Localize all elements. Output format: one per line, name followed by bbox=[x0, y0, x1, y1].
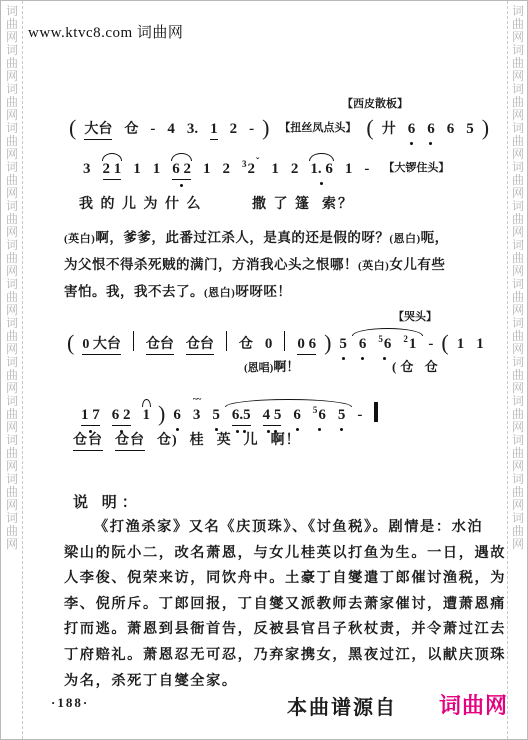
note-text: ) bbox=[482, 115, 489, 141]
note-token: 仓) bbox=[157, 429, 178, 449]
note-text: 仓 bbox=[239, 333, 253, 353]
note-token: 2 1 bbox=[103, 161, 122, 180]
watermark-group: 词曲网 bbox=[4, 473, 20, 512]
banshi-label-kutou: 【哭头】 bbox=[393, 308, 437, 324]
paragraph-line: 《打渔杀家》又名《庆顶珠》、《讨鱼税》。剧情是：水泊 bbox=[64, 515, 506, 541]
octave-dots bbox=[359, 357, 367, 360]
watermark-group: 词曲网 bbox=[4, 278, 20, 317]
note-token: 仓 bbox=[124, 118, 138, 138]
right-watermark-column: 词曲网词曲网词曲网词曲网词曲网词曲网词曲网词曲网词曲网词曲网词曲网词曲网词曲网词… bbox=[510, 5, 526, 551]
octave-dots bbox=[408, 142, 416, 145]
note-token: - bbox=[357, 407, 362, 424]
note-text: 2 bbox=[230, 121, 238, 138]
note-text: 5 bbox=[338, 407, 346, 424]
note-token: - bbox=[428, 336, 433, 353]
note-text: 仓台 bbox=[146, 333, 174, 355]
note-text: 1 bbox=[271, 161, 279, 178]
text-segment: (仓 仓 bbox=[392, 359, 442, 374]
note-token: 6 bbox=[447, 121, 455, 138]
watermark-group: 词曲网 bbox=[510, 356, 526, 395]
note-token: 2 bbox=[230, 121, 238, 138]
note-text: 【扭丝凤点头】 bbox=[279, 119, 356, 135]
note-text: 6.5 bbox=[232, 407, 251, 426]
note-text: 【大锣住头】 bbox=[383, 159, 449, 175]
note-token bbox=[226, 328, 227, 353]
octave-dots bbox=[339, 357, 347, 360]
note-text: 1 bbox=[476, 336, 484, 353]
note-text: 0 bbox=[265, 336, 273, 353]
note-text: 6 2 bbox=[172, 161, 191, 180]
note-token: 6 bbox=[408, 121, 416, 138]
octave-dots bbox=[172, 184, 191, 187]
note-text: ) bbox=[262, 115, 269, 141]
note-text: 0 6 bbox=[297, 336, 316, 355]
note-text: 1. 6 bbox=[310, 161, 333, 178]
note-text: 啊！ bbox=[271, 429, 301, 449]
text-segment: 呀呀呸！ bbox=[235, 284, 291, 299]
note-token: ) bbox=[324, 330, 331, 356]
text-segment: (英白) bbox=[358, 260, 389, 272]
left-dashed-border bbox=[22, 1, 23, 739]
note-text: 廾 bbox=[382, 118, 396, 138]
text-segment: 啊，爹爹，此番过江杀人，是真的还是假的呀？ bbox=[95, 230, 389, 245]
note-text: 0 大台 bbox=[82, 333, 121, 355]
octave-dot bbox=[340, 428, 343, 431]
percussion-cue: (仓 仓 bbox=[392, 356, 442, 375]
octave-dots bbox=[313, 428, 326, 431]
note-text: - bbox=[249, 121, 254, 138]
grace-note: 2 bbox=[403, 334, 408, 344]
octave-dot bbox=[429, 142, 432, 145]
octave-dot bbox=[320, 182, 323, 185]
note-text: 2 bbox=[248, 161, 256, 178]
note-text: 仓台 bbox=[73, 429, 103, 451]
text-segment: (英白) bbox=[64, 233, 95, 245]
note-token: 啊！ bbox=[271, 429, 301, 449]
notes-section-title: 说 明： bbox=[73, 491, 142, 512]
paragraph-line: 李、倪所斥。丁郎回报，丁自燮又派教师去萧家催讨，遭萧恩痛 bbox=[64, 592, 506, 618]
sung-role-cue: (恩唱)啊！ bbox=[244, 356, 299, 375]
note-text: ( bbox=[366, 115, 373, 141]
note-text: 1 bbox=[153, 161, 161, 178]
right-dashed-border bbox=[507, 1, 508, 739]
note-token: 1. 6 bbox=[310, 161, 333, 178]
text-segment: 为父恨不得杀死贼的满门，方消我心头之恨哪！ bbox=[64, 257, 358, 272]
note-text: - bbox=[150, 121, 155, 138]
note-text: 1 bbox=[143, 407, 151, 424]
note-token: 1 bbox=[271, 161, 279, 178]
note-text: 1 bbox=[203, 161, 211, 178]
note-token: 0 bbox=[265, 336, 273, 353]
note-text: 桂 bbox=[190, 429, 205, 449]
note-token: ) bbox=[158, 401, 165, 427]
note-token: ( bbox=[441, 330, 448, 356]
note-token: 大台 bbox=[84, 118, 112, 140]
note-token: ) bbox=[262, 115, 269, 141]
octave-dot bbox=[383, 357, 386, 360]
watermark-group: 词曲网 bbox=[510, 44, 526, 83]
watermark-group: 词曲网 bbox=[510, 512, 526, 551]
brand-link[interactable]: 词曲网 bbox=[439, 689, 508, 720]
note-token: 56 bbox=[378, 336, 391, 353]
note-token: - bbox=[150, 121, 155, 138]
note-token: 仓台 bbox=[146, 333, 174, 355]
watermark-group: 词曲网 bbox=[4, 512, 20, 551]
note-text: 6 bbox=[384, 336, 392, 353]
note-text: 仓台 bbox=[186, 333, 214, 355]
note-text: 1 bbox=[133, 161, 141, 178]
note-token: 5 bbox=[466, 121, 474, 138]
score-page: 词曲网词曲网词曲网词曲网词曲网词曲网词曲网词曲网词曲网词曲网词曲网词曲网词曲网词… bbox=[0, 0, 528, 740]
note-token: 0 大台 bbox=[82, 333, 121, 355]
note-token bbox=[284, 328, 285, 353]
watermark-group: 词曲网 bbox=[510, 434, 526, 473]
watermark-group: 词曲网 bbox=[4, 122, 20, 161]
note-token: 6 bbox=[173, 407, 181, 424]
note-token: 1 bbox=[203, 161, 211, 178]
note-token: 【大锣住头】 bbox=[383, 159, 449, 175]
note-text: ) bbox=[324, 330, 331, 356]
note-text: 1 7 bbox=[81, 407, 100, 426]
note-text: 仓台 bbox=[115, 429, 145, 451]
note-text: 儿 bbox=[244, 429, 259, 449]
octave-dot bbox=[342, 357, 345, 360]
octave-dots bbox=[378, 357, 391, 360]
text-segment: 女儿有些 bbox=[389, 257, 445, 272]
watermark-group: 词曲网 bbox=[4, 239, 20, 278]
note-token: - bbox=[249, 121, 254, 138]
note-text: 6 bbox=[318, 407, 326, 424]
paragraph-line: 梁山的阮小二，改名萧恩，与女儿桂英以打鱼为生。一日，遇故 bbox=[64, 541, 506, 567]
note-text bbox=[133, 331, 134, 351]
note-token: 5 bbox=[212, 407, 220, 424]
note-token: 21 bbox=[403, 336, 416, 353]
note-text: 6 bbox=[408, 121, 416, 138]
note-token: ) bbox=[482, 115, 489, 141]
note-text: ( bbox=[67, 330, 74, 356]
octave-dots bbox=[310, 182, 333, 185]
trill-mark: ~~ bbox=[193, 394, 200, 404]
source-caption: 本曲谱源自 bbox=[287, 691, 397, 720]
note-token: 3~~ bbox=[193, 407, 201, 424]
text-segment: (恩白) bbox=[389, 233, 420, 245]
music-line-1: (大台仓-43.12-)【扭丝凤点头】(廾6665) bbox=[67, 113, 491, 140]
note-text: 5 bbox=[466, 121, 474, 138]
octave-dots bbox=[427, 142, 435, 145]
note-text: 仓 bbox=[124, 118, 138, 138]
note-token: 【扭丝凤点头】 bbox=[279, 119, 356, 135]
octave-dot bbox=[318, 428, 321, 431]
watermark-group: 词曲网 bbox=[4, 44, 20, 83]
watermark-group: 词曲网 bbox=[510, 5, 526, 44]
note-text: 3 bbox=[83, 161, 91, 178]
paragraph-line: 丁府赔礼。萧恩忍无可忍，乃弃家携女，黑夜过江，以献庆顶珠 bbox=[64, 643, 506, 669]
note-text: 1 bbox=[457, 336, 465, 353]
watermark-group: 词曲网 bbox=[4, 200, 20, 239]
note-text: 1 bbox=[210, 121, 218, 140]
note-token: 6 2 bbox=[172, 161, 191, 180]
watermark-group: 词曲网 bbox=[4, 356, 20, 395]
note-group: 65621 bbox=[353, 336, 423, 353]
note-token: 1 bbox=[153, 161, 161, 178]
note-text: 3 bbox=[193, 407, 201, 424]
note-token: 4 5 bbox=[263, 407, 282, 426]
note-token: 1 bbox=[133, 161, 141, 178]
note-token: 1 bbox=[345, 161, 353, 178]
note-token: 6.5 bbox=[232, 407, 251, 426]
note-text: 1 bbox=[345, 161, 353, 178]
note-token: 0 6 bbox=[297, 336, 316, 355]
note-token: 6 bbox=[359, 336, 367, 353]
grace-note: 3 bbox=[242, 159, 247, 169]
note-token bbox=[133, 328, 134, 353]
note-text: 大台 bbox=[84, 118, 112, 140]
note-token: 32ˇ bbox=[242, 161, 259, 178]
music-line-4: 1 76 21)63~~56.54 56565- bbox=[75, 399, 384, 426]
note-token: - bbox=[364, 161, 369, 178]
watermark-group: 词曲网 bbox=[510, 239, 526, 278]
note-text: 仓) bbox=[157, 429, 178, 449]
watermark-group: 词曲网 bbox=[510, 278, 526, 317]
music-line-3: (0 大台仓台仓台仓00 6)565621-(11 bbox=[65, 328, 490, 355]
grace-note: 5 bbox=[378, 334, 383, 344]
note-text: 6 bbox=[427, 121, 435, 138]
watermark-group: 词曲网 bbox=[4, 395, 20, 434]
note-token: 1 bbox=[457, 336, 465, 353]
octave-dot bbox=[361, 357, 364, 360]
paragraph-line: 打而逃。萧恩到县衙首告，反被县官吕子秋杖责，并令萧过江去 bbox=[64, 617, 506, 643]
note-text: 6 2 bbox=[112, 407, 131, 426]
watermark-group: 词曲网 bbox=[4, 161, 20, 200]
note-text: - bbox=[428, 336, 433, 353]
note-text: 6 bbox=[173, 407, 181, 424]
watermark-group: 词曲网 bbox=[4, 83, 20, 122]
note-token: 1 bbox=[143, 407, 151, 424]
watermark-group: 词曲网 bbox=[510, 122, 526, 161]
note-text: - bbox=[364, 161, 369, 178]
dialogue-block: (英白)啊，爹爹，此番过江杀人，是真的还是假的呀？(恩白)呃，为父恨不得杀死贼的… bbox=[64, 225, 468, 306]
watermark-group: 词曲网 bbox=[510, 83, 526, 122]
note-token: 桂 bbox=[190, 429, 205, 449]
note-token: 3. bbox=[187, 121, 198, 138]
note-text: 2 bbox=[223, 161, 231, 178]
text-segment: 呃， bbox=[421, 230, 449, 245]
note-token: ( bbox=[69, 115, 76, 141]
note-text: ) bbox=[158, 401, 165, 427]
note-text: 2 bbox=[291, 161, 299, 178]
lyrics-line-2: 我 的 儿 为 什 么 撒 了 篷 索？ bbox=[79, 193, 354, 213]
note-token: 56 bbox=[313, 407, 326, 424]
note-token: 1 bbox=[476, 336, 484, 353]
note-token: 5 bbox=[339, 336, 347, 353]
watermark-group: 词曲网 bbox=[510, 395, 526, 434]
note-text: 3. bbox=[187, 121, 198, 138]
note-text bbox=[374, 402, 378, 422]
note-token: 4 bbox=[167, 121, 175, 138]
watermark-char: 网 bbox=[4, 538, 20, 551]
watermark-group: 词曲网 bbox=[4, 434, 20, 473]
site-url-watermark[interactable]: www.ktvc8.com 词曲网 bbox=[28, 21, 183, 42]
left-watermark-column: 词曲网词曲网词曲网词曲网词曲网词曲网词曲网词曲网词曲网词曲网词曲网词曲网词曲网词… bbox=[4, 5, 20, 551]
note-token: 6 bbox=[427, 121, 435, 138]
note-token: 英 bbox=[217, 429, 232, 449]
watermark-group: 词曲网 bbox=[510, 473, 526, 512]
note-token bbox=[374, 399, 378, 424]
note-token: 2 bbox=[291, 161, 299, 178]
note-text: 5 bbox=[212, 407, 220, 424]
note-text: 5 bbox=[339, 336, 347, 353]
note-text: 2 1 bbox=[103, 161, 122, 180]
note-text: 6 bbox=[293, 407, 301, 424]
note-text: 6 bbox=[359, 336, 367, 353]
dialogue-line: 害怕。我，我不去了。(恩白)呀呀呸！ bbox=[64, 279, 468, 306]
watermark-group: 词曲网 bbox=[4, 5, 20, 44]
octave-dot bbox=[180, 184, 183, 187]
dialogue-line: (英白)啊，爹爹，此番过江杀人，是真的还是假的呀？(恩白)呃， bbox=[64, 225, 468, 252]
note-text: 1 bbox=[409, 336, 417, 353]
note-token: 仓 bbox=[239, 333, 253, 353]
note-text: 6 bbox=[447, 121, 455, 138]
note-token: 仓台 bbox=[73, 429, 103, 451]
note-text bbox=[284, 331, 285, 351]
text-segment: 害怕。我，我不去了。 bbox=[64, 284, 204, 299]
note-token: 廾 bbox=[382, 118, 396, 138]
note-text: 英 bbox=[217, 429, 232, 449]
text-segment: 啊！ bbox=[273, 359, 299, 374]
note-token: 6 bbox=[293, 407, 301, 424]
octave-dots bbox=[338, 428, 346, 431]
note-token: 1 7 bbox=[81, 407, 100, 426]
note-token: ( bbox=[67, 330, 74, 356]
note-token: 6 2 bbox=[112, 407, 131, 426]
synopsis-paragraph: 《打渔杀家》又名《庆顶珠》、《讨鱼税》。剧情是：水泊梁山的阮小二，改名萧恩，与女… bbox=[64, 515, 506, 694]
note-token: 5 bbox=[338, 407, 346, 424]
note-group: 6.54 56565 bbox=[226, 407, 352, 426]
breath-mark: ˇ bbox=[256, 157, 259, 168]
text-segment: (恩唱) bbox=[244, 362, 273, 374]
watermark-group: 词曲网 bbox=[4, 317, 20, 356]
note-text bbox=[226, 331, 227, 351]
note-text: ( bbox=[69, 115, 76, 141]
note-text: 4 bbox=[167, 121, 175, 138]
note-text: - bbox=[357, 407, 362, 424]
lyrics-line-4: 仓台仓台仓)桂英儿啊！ bbox=[67, 429, 307, 451]
watermark-char: 网 bbox=[510, 538, 526, 551]
paragraph-line: 人李俊、倪荣来访，同饮舟中。土豪丁自燮遣丁郎催讨渔税，为 bbox=[64, 566, 506, 592]
note-token: 1 bbox=[210, 121, 218, 140]
note-token: 仓台 bbox=[115, 429, 145, 451]
page-number: ·188· bbox=[51, 695, 89, 711]
note-token: 儿 bbox=[244, 429, 259, 449]
dialogue-line: 为父恨不得杀死贼的满门，方消我心头之恨哪！(英白)女儿有些 bbox=[64, 252, 468, 279]
text-segment: (恩白) bbox=[204, 287, 235, 299]
octave-dot bbox=[410, 142, 413, 145]
note-text: 4 5 bbox=[263, 407, 282, 426]
banshi-label-xipi-sanban: 【西皮散板】 bbox=[342, 95, 408, 111]
grace-note: 5 bbox=[313, 405, 318, 415]
watermark-group: 词曲网 bbox=[510, 200, 526, 239]
note-token: 仓台 bbox=[186, 333, 214, 355]
note-token: ( bbox=[366, 115, 373, 141]
music-line-2: 32 1116 21232ˇ121. 61-【大锣住头】 bbox=[77, 161, 457, 180]
watermark-group: 词曲网 bbox=[510, 161, 526, 200]
note-token: 2 bbox=[223, 161, 231, 178]
note-text: ( bbox=[441, 330, 448, 356]
watermark-group: 词曲网 bbox=[510, 317, 526, 356]
note-token: 3 bbox=[83, 161, 91, 178]
